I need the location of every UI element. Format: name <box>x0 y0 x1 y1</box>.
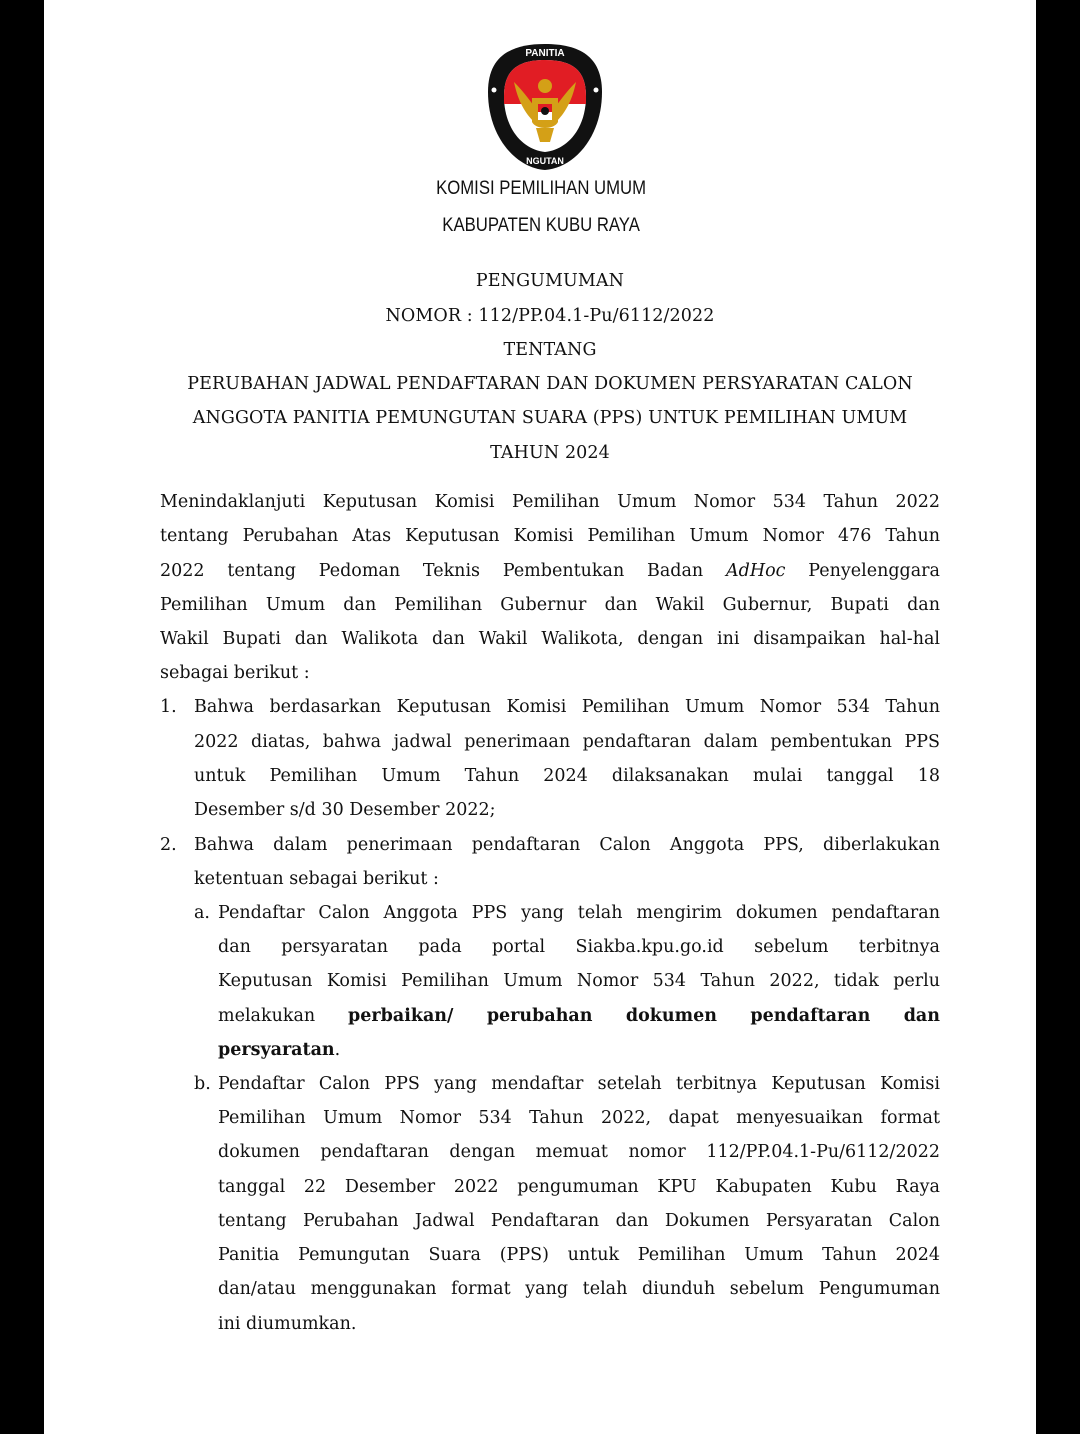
item-line: untuk Pemilihan Umum Tahun 2024 dilaksan… <box>194 766 940 786</box>
announcement-number: NOMOR : 112/PP.04.1-Pu/6112/2022 <box>0 306 1080 326</box>
subitem-line: dan persyaratan pada portal Siakba.kpu.g… <box>218 937 940 957</box>
emphasis-bold: persyaratan <box>218 1040 335 1060</box>
item-number: 2. <box>160 835 177 855</box>
item-line: Bahwa berdasarkan Keputusan Komisi Pemil… <box>194 697 940 717</box>
svg-text:NGUTAN: NGUTAN <box>526 156 564 166</box>
intro-line: Wakil Bupati dan Walikota dan Wakil Wali… <box>160 629 940 649</box>
item-line: 2022 diatas, bahwa jadwal penerimaan pen… <box>194 732 940 752</box>
subitem-line: Keputusan Komisi Pemilihan Umum Nomor 53… <box>218 971 940 991</box>
subitem-line: tentang Perubahan Jadwal Pendaftaran dan… <box>218 1211 940 1231</box>
subitem-line: dokumen pendaftaran dengan memuat nomor … <box>218 1142 940 1162</box>
subject-line-2: ANGGOTA PANITIA PEMUNGUTAN SUARA (PPS) U… <box>0 408 1080 428</box>
item-line: Desember s/d 30 Desember 2022; <box>194 800 940 820</box>
subitem-line: Pemilihan Umum Nomor 534 Tahun 2022, dap… <box>218 1108 940 1128</box>
intro-line: 2022 tentang Pedoman Teknis Pembentukan … <box>160 561 940 581</box>
intro-line: tentang Perubahan Atas Keputusan Komisi … <box>160 526 940 546</box>
svg-text:PANITIA: PANITIA <box>525 48 564 59</box>
intro-line: Menindaklanjuti Keputusan Komisi Pemilih… <box>160 492 940 512</box>
item-line: Bahwa dalam penerimaan pendaftaran Calon… <box>194 835 940 855</box>
subitem-line: tanggal 22 Desember 2022 pengumuman KPU … <box>218 1177 940 1197</box>
announcement-about: TENTANG <box>0 340 1080 360</box>
subitem-line: melakukan perbaikan/ perubahan dokumen p… <box>218 1006 940 1026</box>
intro-line: sebagai berikut : <box>160 663 940 683</box>
subject-line-3: TAHUN 2024 <box>0 443 1080 463</box>
subitem-letter: a. <box>194 903 210 923</box>
announcement-heading: PENGUMUMAN <box>0 271 1080 291</box>
org-name: KOMISI PEMILIHAN UMUM <box>66 178 1016 200</box>
intro-line: Pemilihan Umum dan Pemilihan Gubernur da… <box>160 595 940 615</box>
ppk-emblem-logo: PANITIA NGUTAN <box>484 42 606 172</box>
subitem-line: dan/atau menggunakan format yang telah d… <box>218 1279 940 1299</box>
org-region: KABUPATEN KUBU RAYA <box>66 215 1016 237</box>
subitem-line: Pendaftar Calon PPS yang mendaftar setel… <box>218 1074 940 1094</box>
subitem-line: persyaratan. <box>218 1040 940 1060</box>
emphasis-bold: perbaikan/ perubahan dokumen pendaftaran… <box>348 1006 940 1026</box>
adhoc-italic: AdHoc <box>726 561 785 581</box>
subject-line-1: PERUBAHAN JADWAL PENDAFTARAN DAN DOKUMEN… <box>0 374 1080 394</box>
subitem-line: Panitia Pemungutan Suara (PPS) untuk Pem… <box>218 1245 940 1265</box>
subitem-line: Pendaftar Calon Anggota PPS yang telah m… <box>218 903 940 923</box>
subitem-line: ini diumumkan. <box>218 1314 940 1334</box>
item-number: 1. <box>160 697 177 717</box>
item-line: ketentuan sebagai berikut : <box>194 869 940 889</box>
subitem-letter: b. <box>194 1074 211 1094</box>
